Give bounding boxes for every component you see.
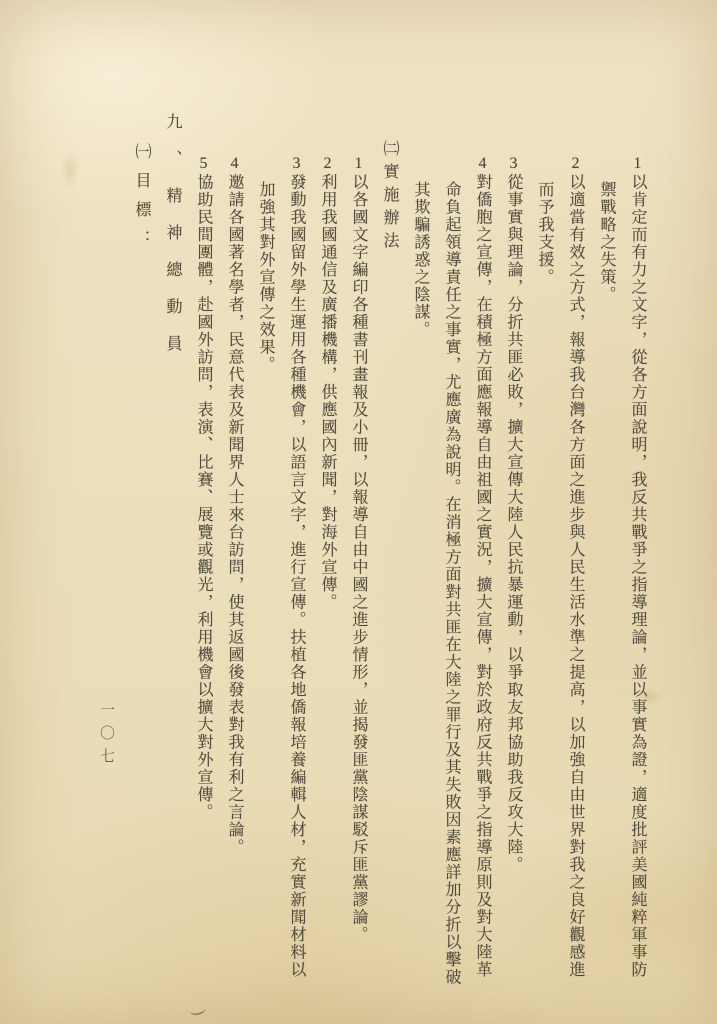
item-text: 對僑胞之宣傳，在積極方面應報導自由祖國之實況，擴大宣傳，對於政府反共戰爭之指導原… <box>412 174 491 987</box>
item-number: 4 <box>474 155 491 174</box>
item-text: 邀請各國著名學者，民意代表及新聞界人士來台訪問，使其返國後發表對我有利之言論。 <box>226 174 243 857</box>
list-item-1: 1以肯定而有力之文字，從各方面說明，我反共戰爭之指導理論，並以事實為證，適度批評… <box>591 113 653 987</box>
item-number: 5 <box>195 155 212 174</box>
list-item-2: 2以適當有效之方式，報導我台灣各方面之進步與人民生活水準之提高，以加強自由世界對… <box>529 113 591 987</box>
list-item-4: 4對僑胞之宣傳，在積極方面應報導自由祖國之實況，擴大宣傳，對於政府反共戰爭之指導… <box>405 113 498 987</box>
item-text: 以適當有效之方式，報導我台灣各方面之進步與人民生活水準之提高，以加強自由世界對我… <box>536 174 584 979</box>
item-text: 從事實與理論，分折共匪必敗，擴大宣傳大陸人民抗暴運動，以爭取友邦協助我反攻大陸。 <box>505 174 522 874</box>
section-header-implementation: ㈡實施辦法 <box>374 113 405 987</box>
item-text: 以各國文字編印各種書刊畫報及小冊，以報導自由中國之進步情形，並揭發匪黨陰謀駁斥匪… <box>350 174 367 944</box>
page-number: 一〇七 <box>96 702 117 771</box>
item-number: 1 <box>629 155 646 174</box>
item-number: 4 <box>226 155 243 174</box>
item-text: 以肯定而有力之文字，從各方面說明，我反共戰爭之指導理論，並以事實為證，適度批評美… <box>598 174 646 979</box>
list-item-3: 3從事實與理論，分折共匪必敗，擴大宣傳大陸人民抗暴運動，以爭取友邦協助我反攻大陸… <box>498 113 529 987</box>
item-text: 利用我國通信及廣播機構，供應國內新聞，對海外宣傳。 <box>319 174 336 612</box>
chapter-header-spiritual-mobilization: 九、精神總動員 <box>157 113 188 987</box>
paper-stain <box>636 688 662 706</box>
document-body: 1以肯定而有力之文字，從各方面說明，我反共戰爭之指導理論，並以事實為證，適度批評… <box>126 113 653 987</box>
stray-pencil-mark <box>189 1003 206 1016</box>
item-number: 3 <box>288 155 305 174</box>
implementation-item-4: 4邀請各國著名學者，民意代表及新聞界人士來台訪問，使其返國後發表對我有利之言論。 <box>219 113 250 987</box>
implementation-item-5: 5協助民間團體，赴國外訪問，表演、比賽、展覽或觀光，利用機會以擴大對外宣傳。 <box>188 113 219 987</box>
subsection-header-goals: ㈠目標： <box>126 113 157 987</box>
item-text: 發動我國留外學生運用各種機會，以語言文字，進行宣傳。扶植各地僑報培養編輯人材，充… <box>257 174 305 979</box>
paper-stain <box>60 150 80 190</box>
implementation-item-2: 2利用我國通信及廣播機構，供應國內新聞，對海外宣傳。 <box>312 113 343 987</box>
implementation-item-1: 1以各國文字編印各種書刊畫報及小冊，以報導自由中國之進步情形，並揭發匪黨陰謀駁斥… <box>343 113 374 987</box>
implementation-item-3: 3發動我國留外學生運用各種機會，以語言文字，進行宣傳。扶植各地僑報培養編輯人材，… <box>250 113 312 987</box>
item-number: 2 <box>319 155 336 174</box>
item-text: 協助民間團體，赴國外訪問，表演、比賽、展覽或觀光，利用機會以擴大對外宣傳。 <box>195 174 212 822</box>
item-number: 3 <box>505 155 522 174</box>
scanned-document-page: 1以肯定而有力之文字，從各方面說明，我反共戰爭之指導理論，並以事實為證，適度批評… <box>0 0 717 1024</box>
item-number: 1 <box>350 155 367 174</box>
item-number: 2 <box>567 155 584 174</box>
